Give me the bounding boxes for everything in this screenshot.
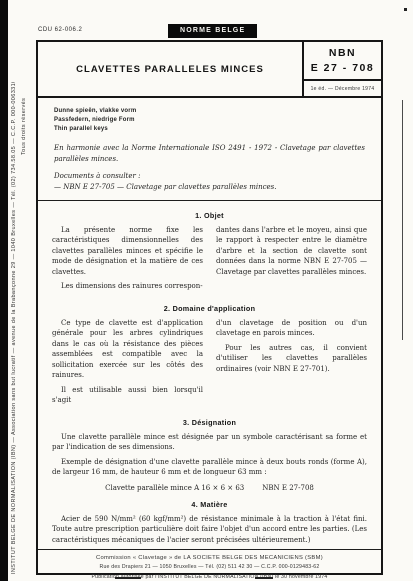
paragraph: dantes dans l'arbre et le moyeu, ainsi q… bbox=[216, 225, 367, 278]
paragraph: Pour les autres cas, il convient d'utili… bbox=[216, 343, 367, 375]
paragraph: Il est utilisable aussi bien lorsqu'il s… bbox=[52, 385, 203, 406]
standard-code: E 27 - 708 bbox=[311, 61, 374, 75]
paragraph: Une clavette parallèle mince est désigné… bbox=[52, 432, 367, 453]
section-heading-matiere: 4. Matière bbox=[52, 500, 367, 509]
document-header: CLAVETTES PARALLELES MINCES NBN E 27 - 7… bbox=[38, 42, 381, 98]
translation-english: Thin parallel keys bbox=[54, 125, 365, 134]
standard-number: NBN E 27 - 708 bbox=[304, 42, 381, 79]
paragraph: d'un clavetage de position ou d'un clave… bbox=[216, 318, 367, 339]
designation-example-text: Clavette parallèle mince A 16 × 6 × 63 bbox=[105, 484, 244, 492]
section-objet-columns: La présente norme fixe les caractéristiq… bbox=[52, 225, 367, 296]
document-body: 1. Objet La présente norme fixe les cara… bbox=[38, 201, 381, 550]
column-right: dantes dans l'arbre et le moyeu, ainsi q… bbox=[216, 225, 367, 296]
preamble-block: Dunne spieën, vlakke vorm Passfedern, ni… bbox=[38, 98, 381, 201]
designation-example-ref: NBN E 27-708 bbox=[262, 484, 314, 492]
sidebar-rights-text: Tous droits réservés bbox=[21, 55, 30, 155]
paragraph: Ce type de clavette est d'application gé… bbox=[52, 318, 203, 381]
document-reference: — NBN E 27-705 — Clavetage par clavettes… bbox=[54, 183, 365, 193]
scan-artifact-tick bbox=[115, 577, 141, 579]
designation-example: Clavette parallèle mince A 16 × 6 × 63 N… bbox=[52, 484, 367, 492]
title-cell: CLAVETTES PARALLELES MINCES bbox=[38, 42, 302, 96]
document-footer: Commission « Clavetage » de LA SOCIETE B… bbox=[38, 549, 381, 581]
edition-date: 1e éd. — Décembre 1974 bbox=[304, 79, 381, 96]
standard-number-cell: NBN E 27 - 708 1e éd. — Décembre 1974 bbox=[302, 42, 381, 96]
scan-edge-bar bbox=[0, 0, 8, 581]
section-heading-designation: 3. Désignation bbox=[52, 418, 367, 427]
scan-artifact-tick bbox=[255, 577, 273, 579]
column-left: Ce type de clavette est d'application gé… bbox=[52, 318, 203, 410]
footer-commission: Commission « Clavetage » de LA SOCIETE B… bbox=[48, 555, 371, 561]
standard-org: NBN bbox=[329, 46, 356, 60]
column-right: d'un clavetage de position ou d'un clave… bbox=[216, 318, 367, 410]
section-domaine-columns: Ce type de clavette est d'application gé… bbox=[52, 318, 367, 410]
paragraph: Les dimensions des rainures correspon- bbox=[52, 281, 203, 292]
harmony-note: En harmonie avec la Norme Internationale… bbox=[54, 143, 365, 164]
scanned-standard-page: INSTITUT BELGE DE NORMALISATION (IBN) — … bbox=[0, 0, 413, 581]
section-heading-objet: 1. Objet bbox=[52, 211, 367, 220]
translation-dutch: Dunne spieën, vlakke vorm bbox=[54, 107, 365, 116]
documents-label: Documents à consulter : bbox=[54, 172, 365, 182]
footer-address: Rue des Drapiers 21 — 1050 Bruxelles — T… bbox=[48, 564, 371, 570]
paragraph: La présente norme fixe les caractéristiq… bbox=[52, 225, 203, 278]
footer-authorization: Publication autorisée par l'INSTITUT BEL… bbox=[48, 574, 371, 580]
document-title: CLAVETTES PARALLELES MINCES bbox=[76, 64, 264, 75]
column-left: La présente norme fixe les caractéristiq… bbox=[52, 225, 203, 296]
sidebar-institute-text: INSTITUT BELGE DE NORMALISATION (IBN) — … bbox=[11, 82, 20, 574]
translation-german: Passfedern, niedrige Form bbox=[54, 116, 365, 125]
paragraph: Acier de 590 N/mm² (60 kgf/mm²) de résis… bbox=[52, 514, 367, 546]
paragraph: Exemple de désignation d'une clavette pa… bbox=[52, 457, 367, 478]
title-translations: Dunne spieën, vlakke vorm Passfedern, ni… bbox=[54, 107, 365, 134]
norme-belge-badge: NORME BELGE bbox=[168, 24, 257, 38]
section-heading-domaine: 2. Domaine d'application bbox=[52, 304, 367, 313]
standard-frame: CLAVETTES PARALLELES MINCES NBN E 27 - 7… bbox=[36, 40, 383, 575]
udc-code: CDU 62-006.2 bbox=[38, 27, 82, 33]
scan-artifact-line bbox=[402, 100, 403, 340]
scan-artifact-dot bbox=[404, 8, 407, 11]
